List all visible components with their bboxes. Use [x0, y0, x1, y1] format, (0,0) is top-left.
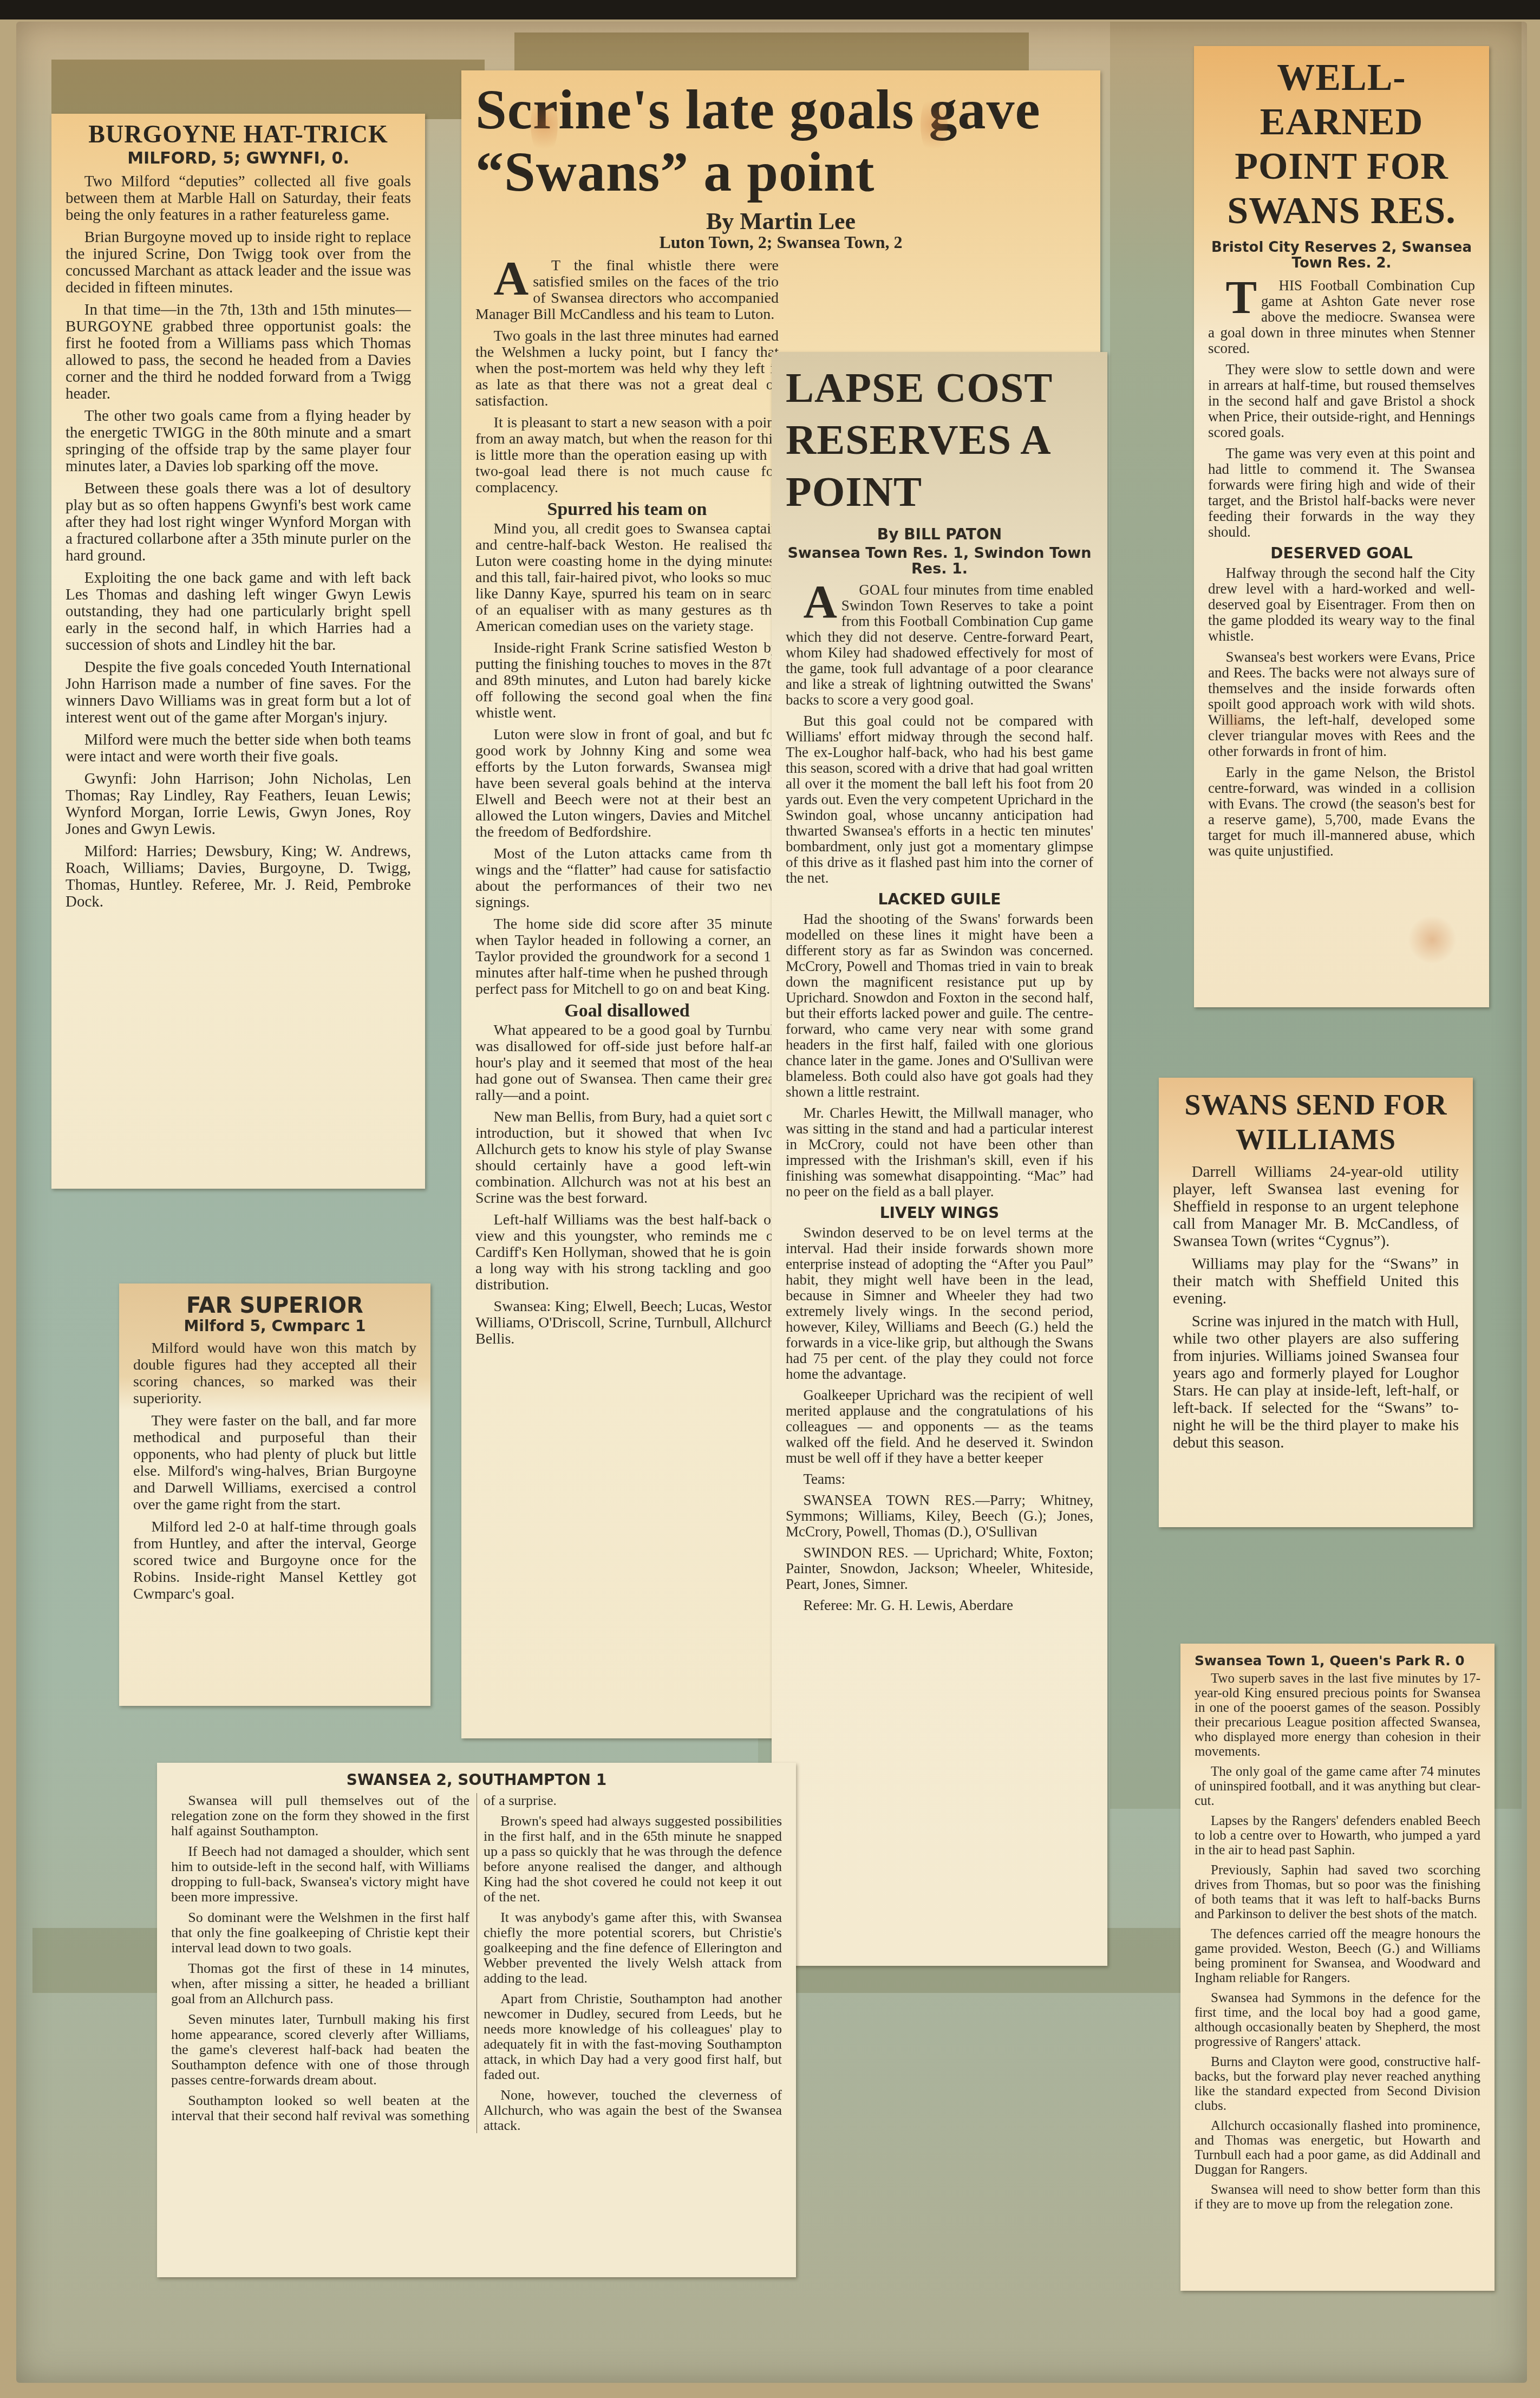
- subheading: Goal disallowed: [475, 1003, 779, 1019]
- paragraph: Inside-right Frank Scrine satisfied West…: [475, 640, 779, 721]
- paragraph: Allchurch occasionally flashed into prom…: [1195, 2119, 1480, 2177]
- headline: Scrine's late goals gave: [475, 80, 1086, 140]
- paragraph: They were faster on the ball, and far mo…: [133, 1412, 416, 1513]
- score-line: Milford 5, Cwmparc 1: [133, 1318, 416, 1334]
- scan-top-edge: [0, 0, 1540, 19]
- tape-strip: [51, 60, 485, 119]
- subheading: LACKED GUILE: [786, 891, 1093, 907]
- paragraph: The game was very even at this point and…: [1208, 446, 1475, 540]
- article-body: A GOAL four minutes from time enabled Sw…: [786, 582, 1093, 886]
- paragraph: None, however, touched the cleverness of…: [484, 2088, 782, 2133]
- paragraph: Had the shooting of the Swans' forwards …: [786, 911, 1093, 1100]
- score-line: MILFORD, 5; GWYNFI, 0.: [66, 150, 411, 167]
- clipping-burgoyne-hat-trick: BURGOYNE HAT-TRICK MILFORD, 5; GWYNFI, 0…: [51, 114, 425, 1189]
- paragraph: Williams may play for the “Swans” in the…: [1173, 1255, 1459, 1307]
- foxing-stain: [921, 92, 948, 157]
- paragraph: Most of the Luton attacks came from the …: [475, 846, 779, 911]
- paragraph: The only goal of the game came after 74 …: [1195, 1764, 1480, 1808]
- foxing-stain: [1218, 704, 1256, 742]
- article-body: Two superb saves in the last five minute…: [1195, 1671, 1480, 2212]
- clipping-far-superior: FAR SUPERIOR Milford 5, Cwmparc 1 Milfor…: [119, 1283, 430, 1706]
- headline: BURGOYNE HAT-TRICK: [66, 126, 411, 142]
- paragraph: SWANSEA TOWN RES.—Parry; Whitney, Symmon…: [786, 1493, 1093, 1540]
- paragraph: Swindon deserved to be on level terms at…: [786, 1225, 1093, 1382]
- paragraph: Milford: Harries; Dewsbury, King; W. And…: [66, 843, 411, 910]
- paragraph: Two Milford “deputies” collected all fiv…: [66, 173, 411, 224]
- headline-line-2: “Swans” a point: [475, 140, 1086, 205]
- paragraph: Apart from Christie, Southampton had ano…: [484, 1991, 782, 2082]
- paragraph: Halfway through the second half the City…: [1208, 565, 1475, 644]
- byline: By Martin Lee: [475, 213, 1086, 230]
- paragraph: Two goals in the last three minutes had …: [475, 328, 779, 409]
- paragraph: Referee: Mr. G. H. Lewis, Aberdare: [786, 1598, 1093, 1613]
- paragraph: Gwynfi: John Harrison; John Nicholas, Le…: [66, 771, 411, 838]
- score-line: Bristol City Reserves 2, Swansea Town Re…: [1208, 240, 1475, 271]
- paragraph: Luton were slow in front of goal, and bu…: [475, 727, 779, 840]
- paragraph: Seven minutes later, Turnbull making his…: [171, 2012, 469, 2088]
- article-body: THIS Football Combination Cup game at As…: [1208, 278, 1475, 540]
- headline: LAPSE COST RESERVES A POINT: [786, 362, 1093, 518]
- article-body: Swansea will pull themselves out of the …: [171, 1793, 782, 2133]
- clipping-well-earned-point: WELL-EARNED POINT FOR SWANS RES. Bristol…: [1194, 46, 1489, 1007]
- headline: SWANS SEND FOR WILLIAMS: [1173, 1087, 1459, 1157]
- article-body: Darrell Williams 24-year-old utility pla…: [1173, 1163, 1459, 1451]
- byline: By BILL PATON: [786, 526, 1093, 542]
- article-column: AT the final whistle there were satisfie…: [475, 258, 779, 1347]
- paragraph: The other two goals came from a flying h…: [66, 408, 411, 475]
- paragraph: Milford would have won this match by dou…: [133, 1340, 416, 1407]
- article-body: Had the shooting of the Swans' forwards …: [786, 911, 1093, 1200]
- paragraph: It is pleasant to start a new season wit…: [475, 415, 779, 496]
- clipping-swansea-southampton: SWANSEA 2, SOUTHAMPTON 1 Swansea will pu…: [157, 1763, 796, 2277]
- paragraph: Mind you, all credit goes to Swansea cap…: [475, 521, 779, 635]
- paragraph: Despite the five goals conceded Youth In…: [66, 659, 411, 726]
- clipping-lapse-cost-reserves: LAPSE COST RESERVES A POINT By BILL PATO…: [772, 352, 1107, 1966]
- paragraph: Milford were much the better side when b…: [66, 732, 411, 765]
- paragraph: Goalkeeper Uprichard was the recipient o…: [786, 1387, 1093, 1466]
- paragraph: But this goal could not be compared with…: [786, 713, 1093, 886]
- article-body: Two Milford “deputies” collected all fiv…: [66, 173, 411, 910]
- paragraph: Swansea had Symmons in the defence for t…: [1195, 1991, 1480, 2049]
- paragraph: The home side did score after 35 minutes…: [475, 916, 779, 998]
- foxing-stain: [531, 92, 558, 157]
- paragraph: If Beech had not damaged a shoulder, whi…: [171, 1844, 469, 1905]
- paragraph: Lapses by the Rangers' defenders enabled…: [1195, 1814, 1480, 1858]
- paragraph: Swansea: King; Elwell, Beech; Lucas, Wes…: [475, 1299, 779, 1347]
- paragraph: Thomas got the first of these in 14 minu…: [171, 1961, 469, 2006]
- clipping-swansea-qpr: Swansea Town 1, Queen's Park R. 0 Two su…: [1180, 1644, 1495, 2291]
- article-body: Milford would have won this match by dou…: [133, 1340, 416, 1602]
- foxing-stain: [1408, 915, 1457, 964]
- paragraph: Scrine was injured in the match with Hul…: [1173, 1313, 1459, 1451]
- paragraph: Milford led 2-0 at half-time through goa…: [133, 1519, 416, 1602]
- paragraph: Burns and Clayton were good, constructiv…: [1195, 2055, 1480, 2113]
- paragraph: New man Bellis, from Bury, had a quiet s…: [475, 1109, 779, 1207]
- paragraph: AT the final whistle there were satisfie…: [475, 258, 779, 323]
- subheading: Spurred his team on: [475, 501, 779, 518]
- paragraph: Left-half Williams was the best half-bac…: [475, 1212, 779, 1293]
- paragraph: Between these goals there was a lot of d…: [66, 480, 411, 564]
- paragraph: It was anybody's game after this, with S…: [484, 1910, 782, 1986]
- paragraph: Brian Burgoyne moved up to inside right …: [66, 229, 411, 296]
- clipping-swans-send-for-williams: SWANS SEND FOR WILLIAMS Darrell Williams…: [1159, 1078, 1473, 1527]
- paragraph: Swansea's best workers were Evans, Price…: [1208, 649, 1475, 759]
- paragraph: In that time—in the 7th, 13th and 15th m…: [66, 302, 411, 402]
- paragraph: Early in the game Nelson, the Bristol ce…: [1208, 765, 1475, 859]
- article-body: What appeared to be a good goal by Turnb…: [475, 1022, 779, 1347]
- subheading: LIVELY WINGS: [786, 1205, 1093, 1221]
- paragraph: THIS Football Combination Cup game at As…: [1208, 278, 1475, 356]
- article-body: Mind you, all credit goes to Swansea cap…: [475, 521, 779, 998]
- paragraph: Two superb saves in the last five minute…: [1195, 1671, 1480, 1759]
- score-line: Swansea Town Res. 1, Swindon Town Res. 1…: [786, 545, 1093, 577]
- paragraph: Swansea will pull themselves out of the …: [171, 1793, 469, 1839]
- score-line: Luton Town, 2; Swansea Town, 2: [475, 234, 1086, 250]
- article-body: Swindon deserved to be on level terms at…: [786, 1225, 1093, 1613]
- paragraph: A GOAL four minutes from time enabled Sw…: [786, 582, 1093, 708]
- headline: WELL-EARNED POINT FOR SWANS RES.: [1208, 56, 1475, 233]
- headline: FAR SUPERIOR: [133, 1298, 416, 1314]
- paragraph: Exploiting the one back game and with le…: [66, 570, 411, 654]
- paragraph: Mr. Charles Hewitt, the Millwall manager…: [786, 1105, 1093, 1200]
- paragraph: Swansea will need to show better form th…: [1195, 2182, 1480, 2212]
- subheading: DESERVED GOAL: [1208, 545, 1475, 561]
- paragraph: Teams:: [786, 1471, 1093, 1487]
- paragraph: They were slow to settle down and were i…: [1208, 362, 1475, 440]
- headline: SWANSEA 2, SOUTHAMPTON 1: [171, 1773, 782, 1788]
- paragraph: Darrell Williams 24-year-old utility pla…: [1173, 1163, 1459, 1250]
- paragraph: So dominant were the Welshmen in the fir…: [171, 1910, 469, 1956]
- article-body: AT the final whistle there were satisfie…: [475, 258, 779, 496]
- paragraph: SWINDON RES. — Uprichard; White, Foxton;…: [786, 1545, 1093, 1592]
- paragraph: What appeared to be a good goal by Turnb…: [475, 1022, 779, 1104]
- headline: Swansea Town 1, Queen's Park R. 0: [1195, 1653, 1480, 1668]
- paragraph: Brown's speed had always suggested possi…: [484, 1814, 782, 1905]
- paragraph: Previously, Saphin had saved two scorchi…: [1195, 1863, 1480, 1921]
- paragraph: The defences carried off the meagre hono…: [1195, 1927, 1480, 1985]
